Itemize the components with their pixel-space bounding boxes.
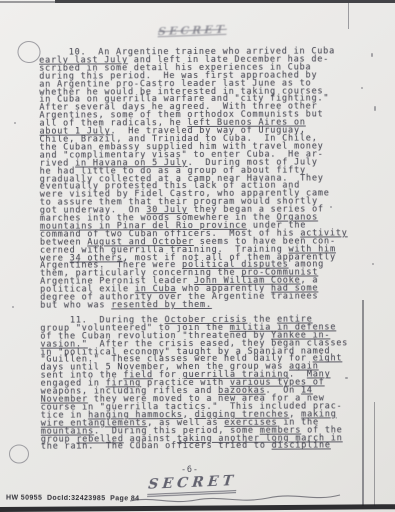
scanned-document-page: SECRET 10. An Argentine trainee who arri… bbox=[0, 0, 395, 512]
paragraph: 10. An Argentine trainee who arrived in … bbox=[39, 48, 355, 310]
scan-edge-top-left bbox=[0, 1, 60, 3]
scan-fold-line bbox=[348, 3, 349, 29]
archive-footer-reference: HW 50955 DocId:32423985 Page 84 bbox=[6, 495, 139, 503]
text-line: but who was resented by them. bbox=[40, 301, 355, 310]
noise-speck bbox=[374, 106, 376, 111]
noise-speck bbox=[372, 263, 374, 265]
noise-speck bbox=[371, 53, 373, 57]
noise-speck bbox=[14, 122, 16, 124]
noise-speck bbox=[330, 206, 332, 208]
noise-speck bbox=[361, 87, 363, 89]
scan-edge-top bbox=[55, 0, 395, 3]
pen-squiggle-mark bbox=[128, 492, 343, 508]
paragraph: 11. During the October crisis the entire… bbox=[40, 316, 356, 452]
noise-speck bbox=[12, 306, 14, 308]
page-edge-line-outer bbox=[362, 300, 364, 506]
page-edge-line-inner bbox=[374, 402, 375, 506]
body-text: 10. An Argentine trainee who arrived in … bbox=[39, 48, 356, 452]
margin-circle-mark-bottom bbox=[9, 445, 29, 464]
margin-circle-mark-top bbox=[16, 39, 42, 64]
text-line: the rain. The Cuban officers tried to di… bbox=[41, 443, 356, 452]
classification-stamp-top: SECRET bbox=[158, 23, 228, 38]
noise-speck bbox=[345, 377, 348, 379]
page-number: -6- bbox=[181, 465, 199, 475]
